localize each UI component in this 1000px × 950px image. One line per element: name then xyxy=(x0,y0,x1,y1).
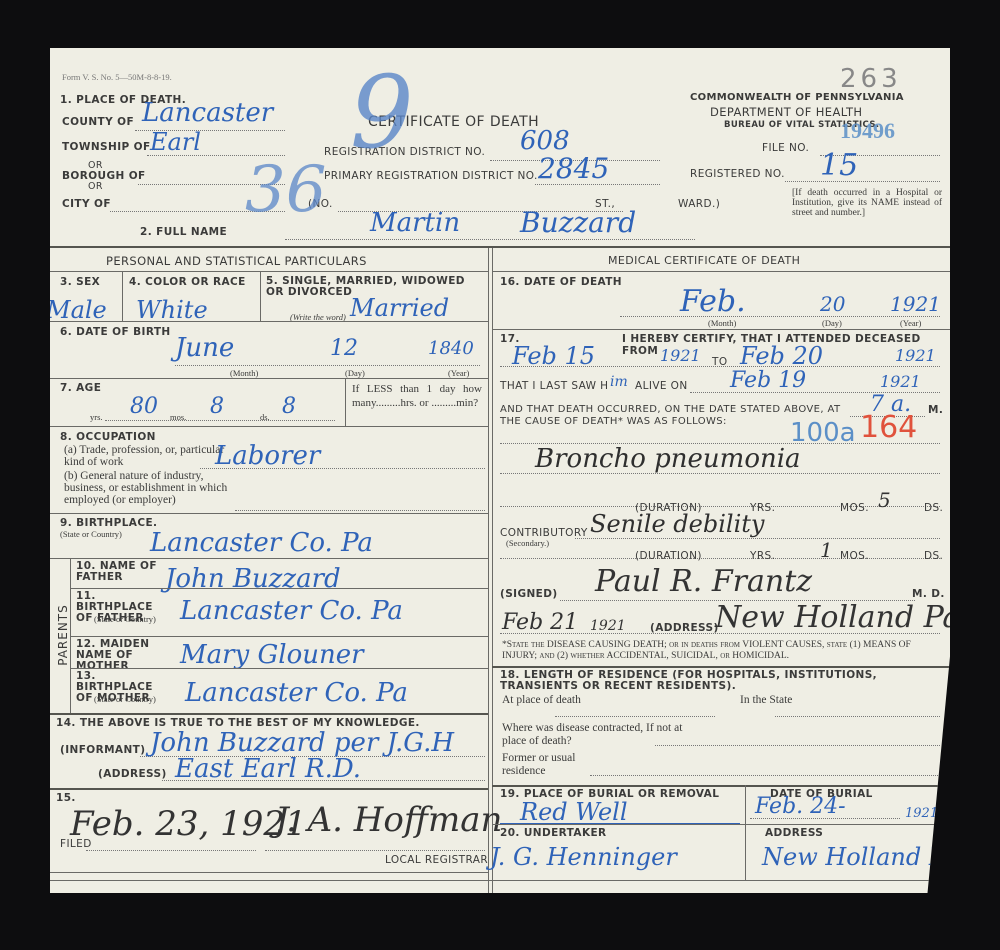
state-country-caption: (State or Country) xyxy=(94,614,156,624)
md-label: M. D. xyxy=(912,588,945,600)
mother-name-value: Mary Glouner xyxy=(180,640,364,670)
month-caption: (Month) xyxy=(230,368,258,378)
age-months: 8 xyxy=(210,394,224,419)
or-label: or xyxy=(88,181,103,192)
last-saw-date: Feb 19 xyxy=(730,368,806,393)
burial-year: 1921 xyxy=(905,806,938,821)
alive-on-label: alive on xyxy=(635,380,688,392)
filed-date: Feb. 23, 1921 xyxy=(70,804,307,844)
sex-value: Male xyxy=(46,296,107,324)
sign-date: Feb 21 xyxy=(502,610,578,635)
duration-label: (Duration) xyxy=(635,550,702,562)
dob-year: 1840 xyxy=(428,338,474,359)
form-number: Form V. S. No. 5—50M-8-8-19. xyxy=(62,72,172,82)
age-label: 7. AGE xyxy=(60,382,101,394)
birthplace-value: Lancaster Co. Pa xyxy=(150,528,373,558)
contrib-duration-value: 1 xyxy=(820,538,833,562)
m-label: M. xyxy=(928,404,943,416)
burial-place-value: Red Well xyxy=(520,798,628,826)
race-value: White xyxy=(136,296,208,324)
father-birthplace-value: Lancaster Co. Pa xyxy=(180,596,403,626)
cause-value: Broncho pneumonia xyxy=(535,444,801,474)
marital-value: Married xyxy=(350,294,449,322)
mother-birthplace-value: Lancaster Co. Pa xyxy=(185,678,408,708)
burial-date-value: Feb. 24- xyxy=(755,794,846,819)
state-country-caption: (State or Country) xyxy=(94,694,156,704)
full-name-label: 2. FULL NAME xyxy=(140,226,227,238)
at-place-label: At place of death xyxy=(502,694,582,707)
undertaker-address-label: ADDRESS xyxy=(765,827,823,839)
yrs-label: yrs. xyxy=(750,550,775,562)
age-years: 80 xyxy=(130,394,158,419)
last-saw-year: 1921 xyxy=(880,372,921,391)
mos-label: mos. xyxy=(840,502,869,514)
county-value: Lancaster xyxy=(142,98,273,128)
dob-day: 12 xyxy=(330,336,358,361)
medical-section-title: MEDICAL CERTIFICATE OF DEATH xyxy=(608,254,800,267)
township-value: Earl xyxy=(150,128,201,156)
ds-label: ds. xyxy=(260,412,270,422)
father-name-value: John Buzzard xyxy=(165,564,341,594)
physician-address-label: (Address) xyxy=(650,622,719,634)
physician-address-value: New Holland Pa xyxy=(715,600,960,635)
to-label: to xyxy=(712,356,727,368)
dod-month: Feb. xyxy=(680,284,746,319)
occupation-label: 8. OCCUPATION xyxy=(60,431,156,443)
occupation-b-label: (b) General nature of industry, business… xyxy=(64,470,234,506)
pencil-number: 263 xyxy=(840,64,902,94)
former-residence-label: Former or usual residence xyxy=(502,752,602,778)
signed-label: (Signed) xyxy=(500,588,558,600)
registered-no-value: 15 xyxy=(820,148,858,183)
borough-label: Borough of xyxy=(62,170,146,182)
ds-label: ds. xyxy=(924,550,943,562)
county-label: County of xyxy=(62,116,134,128)
cause-duration-value: 5 xyxy=(878,488,891,512)
attended-to-year: 1921 xyxy=(895,346,936,365)
overlay-mark: 9 xyxy=(350,54,414,171)
informant-address-value: East Earl R.D. xyxy=(175,754,361,784)
age-days: 8 xyxy=(282,394,296,419)
ward-label: Ward.) xyxy=(678,198,720,210)
informant-address-label: (Address) xyxy=(98,768,167,780)
attended-from-year: 1921 xyxy=(660,346,701,365)
mos-label: mos. xyxy=(840,550,869,562)
year-caption: (Year) xyxy=(900,318,921,328)
primary-district-label: Primary Registration District No. xyxy=(324,170,538,182)
hospital-note: [If death occurred in a Hospital or Inst… xyxy=(792,188,942,218)
last-saw-label: that I last saw h xyxy=(500,380,608,392)
yrs-label: yrs. xyxy=(90,412,103,422)
dod-label: 16. DATE OF DEATH xyxy=(500,276,622,288)
full-name-first: Martin xyxy=(370,208,460,238)
sign-year: 1921 xyxy=(590,618,626,634)
ds-label: ds. xyxy=(924,502,943,514)
month-caption: (Month) xyxy=(708,318,736,328)
informant-label: (Informant) xyxy=(60,744,145,756)
contributory-value: Senile debility xyxy=(590,510,764,538)
birthplace-label: 9. BIRTHPLACE. xyxy=(60,517,157,529)
attended-from: Feb 15 xyxy=(512,342,595,370)
registrar-signature: J. A. Hoffman xyxy=(275,800,502,840)
city-label: City of xyxy=(62,198,111,210)
cause-footnote: *State the DISEASE CAUSING DEATH; or in … xyxy=(502,640,942,662)
parents-side-label: PARENTS xyxy=(56,604,70,666)
mos-label: mos. xyxy=(170,412,186,422)
birthplace-sub: (State or Country) xyxy=(60,529,122,539)
race-label: 4. COLOR OR RACE xyxy=(129,276,246,288)
occurred-text: and that death occurred, on the date sta… xyxy=(500,404,841,415)
day-caption: (Day) xyxy=(822,318,842,328)
occupation-value: Laborer xyxy=(215,441,320,471)
in-state-label: In the State xyxy=(740,694,800,707)
dod-day: 20 xyxy=(820,292,845,316)
father-name-label: 10. NAME OF FATHER xyxy=(76,561,171,583)
dob-month: June xyxy=(175,333,234,363)
full-name-last: Buzzard xyxy=(520,206,636,239)
cause-label: The CAUSE OF DEATH* was as follows: xyxy=(500,416,727,427)
personal-section-title: PERSONAL AND STATISTICAL PARTICULARS xyxy=(106,254,367,268)
filed-number: 15. xyxy=(56,792,76,804)
cause-code-red: 164 xyxy=(860,410,917,445)
overlay-mark: 36 xyxy=(245,153,326,227)
sex-label: 3. SEX xyxy=(60,276,100,288)
file-no-label: File No. xyxy=(762,142,809,154)
undertaker-value: J. G. Henninger xyxy=(490,843,677,871)
dob-label: 6. DATE OF BIRTH xyxy=(60,326,171,338)
dod-year: 1921 xyxy=(890,292,941,316)
township-label: Township of xyxy=(62,141,151,153)
day-caption: (Day) xyxy=(345,368,365,378)
physician-signature: Paul R. Frantz xyxy=(595,564,812,599)
primary-district-value: 2845 xyxy=(538,152,609,185)
less-than-day-note: If LESS than 1 day how many.........hrs.… xyxy=(352,382,482,410)
secondary-label: (Secondary.) xyxy=(506,538,549,548)
local-registrar-label: Local Registrar xyxy=(385,854,488,866)
undertaker-address-value: New Holland Pa xyxy=(762,843,958,871)
occupation-a-label: (a) Trade, profession, or, particular ki… xyxy=(64,444,234,468)
attended-to: Feb 20 xyxy=(740,342,823,370)
residence-label: 18. LENGTH OF RESIDENCE (For Hospitals, … xyxy=(500,670,940,692)
death-certificate: Form V. S. No. 5—50M-8-8-19. 1. PLACE OF… xyxy=(50,48,950,893)
registered-no-label: Registered No. xyxy=(690,168,785,180)
stamp-number: 19496 xyxy=(840,118,895,144)
year-caption: (Year) xyxy=(448,368,469,378)
undertaker-label: 20. UNDERTAKER xyxy=(500,827,607,839)
last-saw-him: im xyxy=(610,374,628,390)
agency-line-2: DEPARTMENT OF HEALTH xyxy=(710,105,862,119)
